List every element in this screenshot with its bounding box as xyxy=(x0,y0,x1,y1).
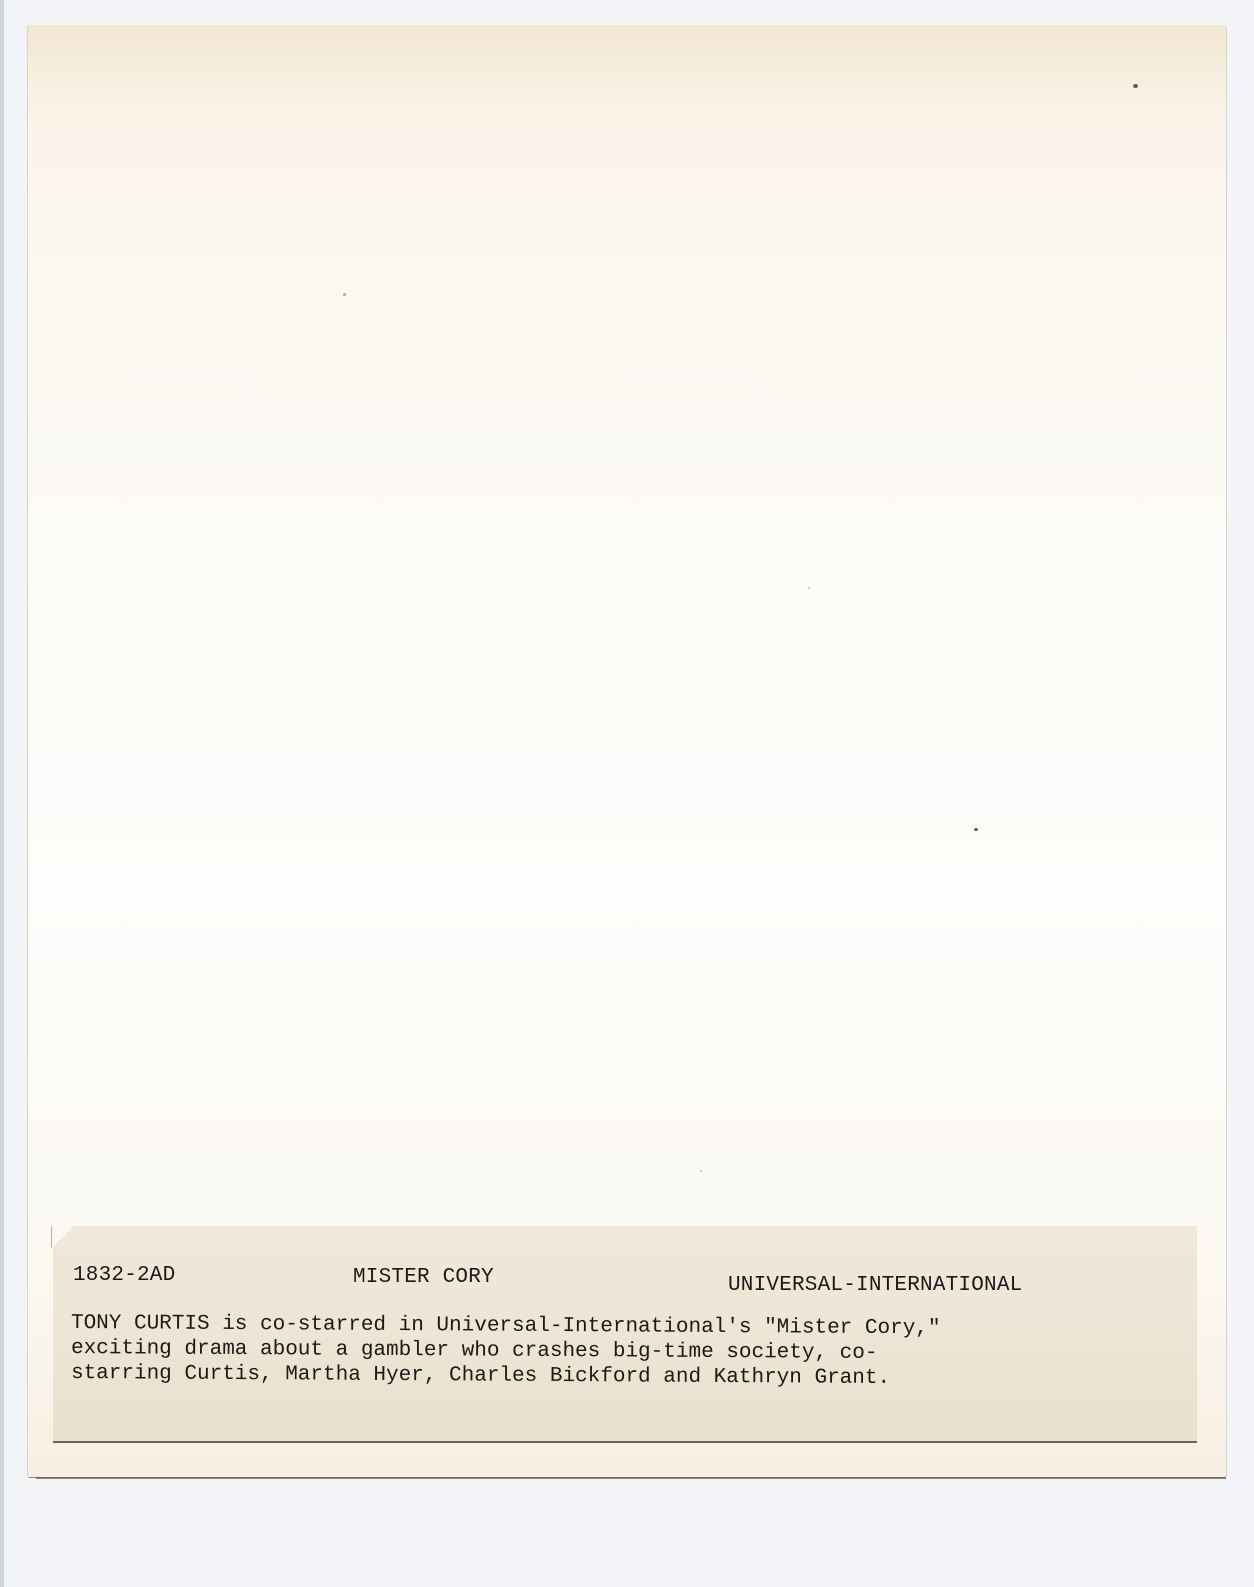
caption-body: TONY CURTIS is co-starred in Universal-I… xyxy=(71,1311,941,1386)
paper-speck xyxy=(700,1170,702,1172)
caption-code: 1832-2AD xyxy=(73,1264,175,1287)
paper-speck xyxy=(343,293,346,296)
caption-studio: UNIVERSAL-INTERNATIONAL xyxy=(728,1274,1022,1297)
paper-speck xyxy=(1133,84,1138,88)
folded-corner xyxy=(51,1226,74,1248)
caption-snipe: 1832-2AD MISTER CORY UNIVERSAL-INTERNATI… xyxy=(53,1226,1197,1443)
paper-speck xyxy=(974,828,978,831)
caption-title: MISTER CORY xyxy=(353,1266,494,1289)
caption-body-line: starring Curtis, Martha Hyer, Charles Bi… xyxy=(71,1361,941,1391)
paper-speck xyxy=(808,587,810,589)
scan-background-edge xyxy=(0,0,4,1587)
